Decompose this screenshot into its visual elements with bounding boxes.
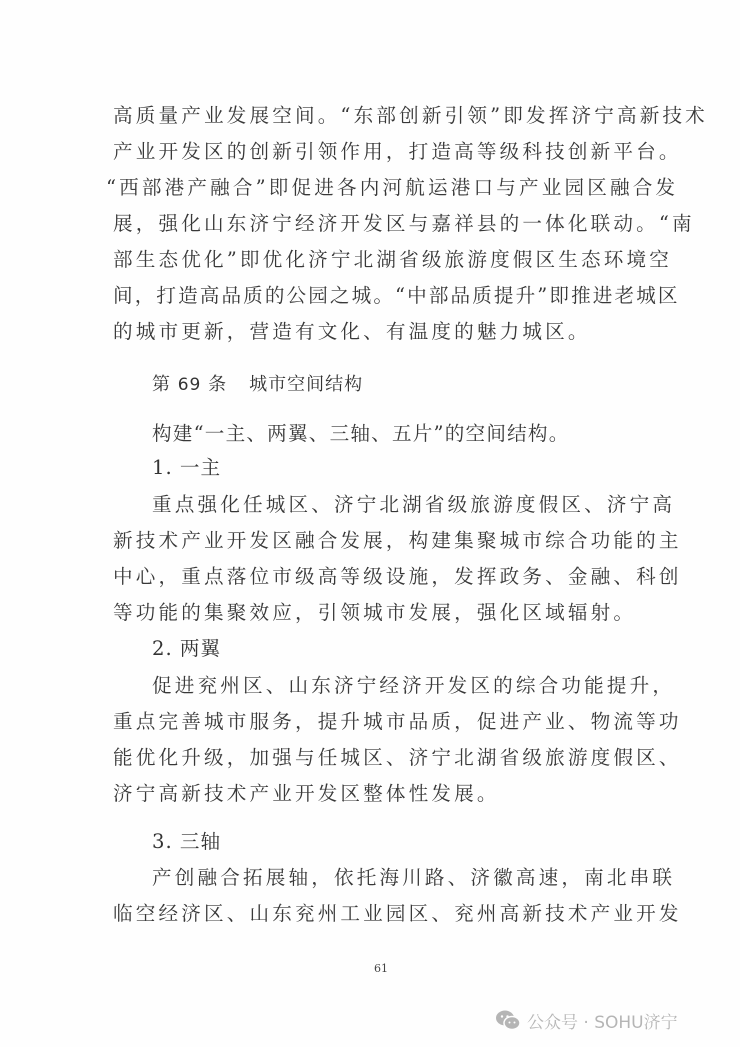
- section-line: 促进兖州区、山东济宁经济开发区的综合功能提升，: [152, 674, 627, 698]
- article-title: 城市空间结构: [249, 374, 363, 395]
- intro-line: 构建“一主、两翼、三轴、五片”的空间结构。: [152, 422, 627, 446]
- section-line: 临空经济区、山东兖州工业园区、兖州高新技术产业开发: [113, 902, 627, 926]
- article-prefix: 第: [152, 374, 171, 395]
- section-line: 产创融合拓展轴，依托海川路、济徽高速，南北串联: [152, 866, 627, 890]
- section-line: 重点强化任城区、济宁北湖省级旅游度假区、济宁高: [152, 493, 627, 517]
- section-line: 中心，重点落位市级高等级设施，发挥政务、金融、科创: [113, 565, 627, 589]
- section-line: 济宁高新技术产业开发区整体性发展。: [113, 782, 627, 806]
- section-line: 能优化升级，加强与任城区、济宁北湖省级旅游度假区、: [113, 746, 627, 770]
- section-line: 重点完善城市服务，提升城市品质，促进产业、物流等功: [113, 710, 627, 734]
- section-line: 新技术产业开发区融合发展，构建集聚城市综合功能的主: [113, 529, 627, 553]
- page-number: 61: [374, 962, 388, 975]
- section-heading: 2. 两翼: [152, 637, 666, 661]
- paragraph-line: “西部港产融合”即促进各内河航运港口与产业园区融合发: [106, 176, 620, 200]
- section-line: 等功能的集聚效应，引领城市发展，强化区域辐射。: [113, 601, 627, 625]
- paragraph-line: 部生态优化”即优化济宁北湖省级旅游度假区生态环境空: [113, 248, 627, 272]
- watermark-text: 公众号 · SOHU济宁: [527, 1008, 678, 1033]
- section-heading: 1. 一主: [152, 456, 666, 480]
- article-number: 69: [178, 375, 202, 395]
- article-suffix: 条: [208, 374, 227, 395]
- paragraph-line: 的城市更新，营造有文化、有温度的魅力城区。: [113, 320, 627, 344]
- watermark: 公众号 · SOHU济宁: [495, 1006, 678, 1034]
- paragraph-line: 间，打造高品质的公园之城。“中部品质提升”即推进老城区: [113, 284, 627, 308]
- paragraph-line: 产业开发区的创新引领作用，打造高等级科技创新平台。: [113, 140, 627, 164]
- document-page: 高质量产业发展空间。“东部创新引领”即发挥济宁高新技术 产业开发区的创新引领作用…: [0, 0, 740, 1047]
- article-heading: 第 69 条城市空间结构: [152, 373, 666, 397]
- paragraph-line: 展，强化山东济宁经济开发区与嘉祥县的一体化联动。“南: [113, 212, 627, 236]
- section-heading: 3. 三轴: [152, 830, 666, 854]
- paragraph-line: 高质量产业发展空间。“东部创新引领”即发挥济宁高新技术: [113, 104, 627, 128]
- wechat-icon: [495, 1009, 521, 1031]
